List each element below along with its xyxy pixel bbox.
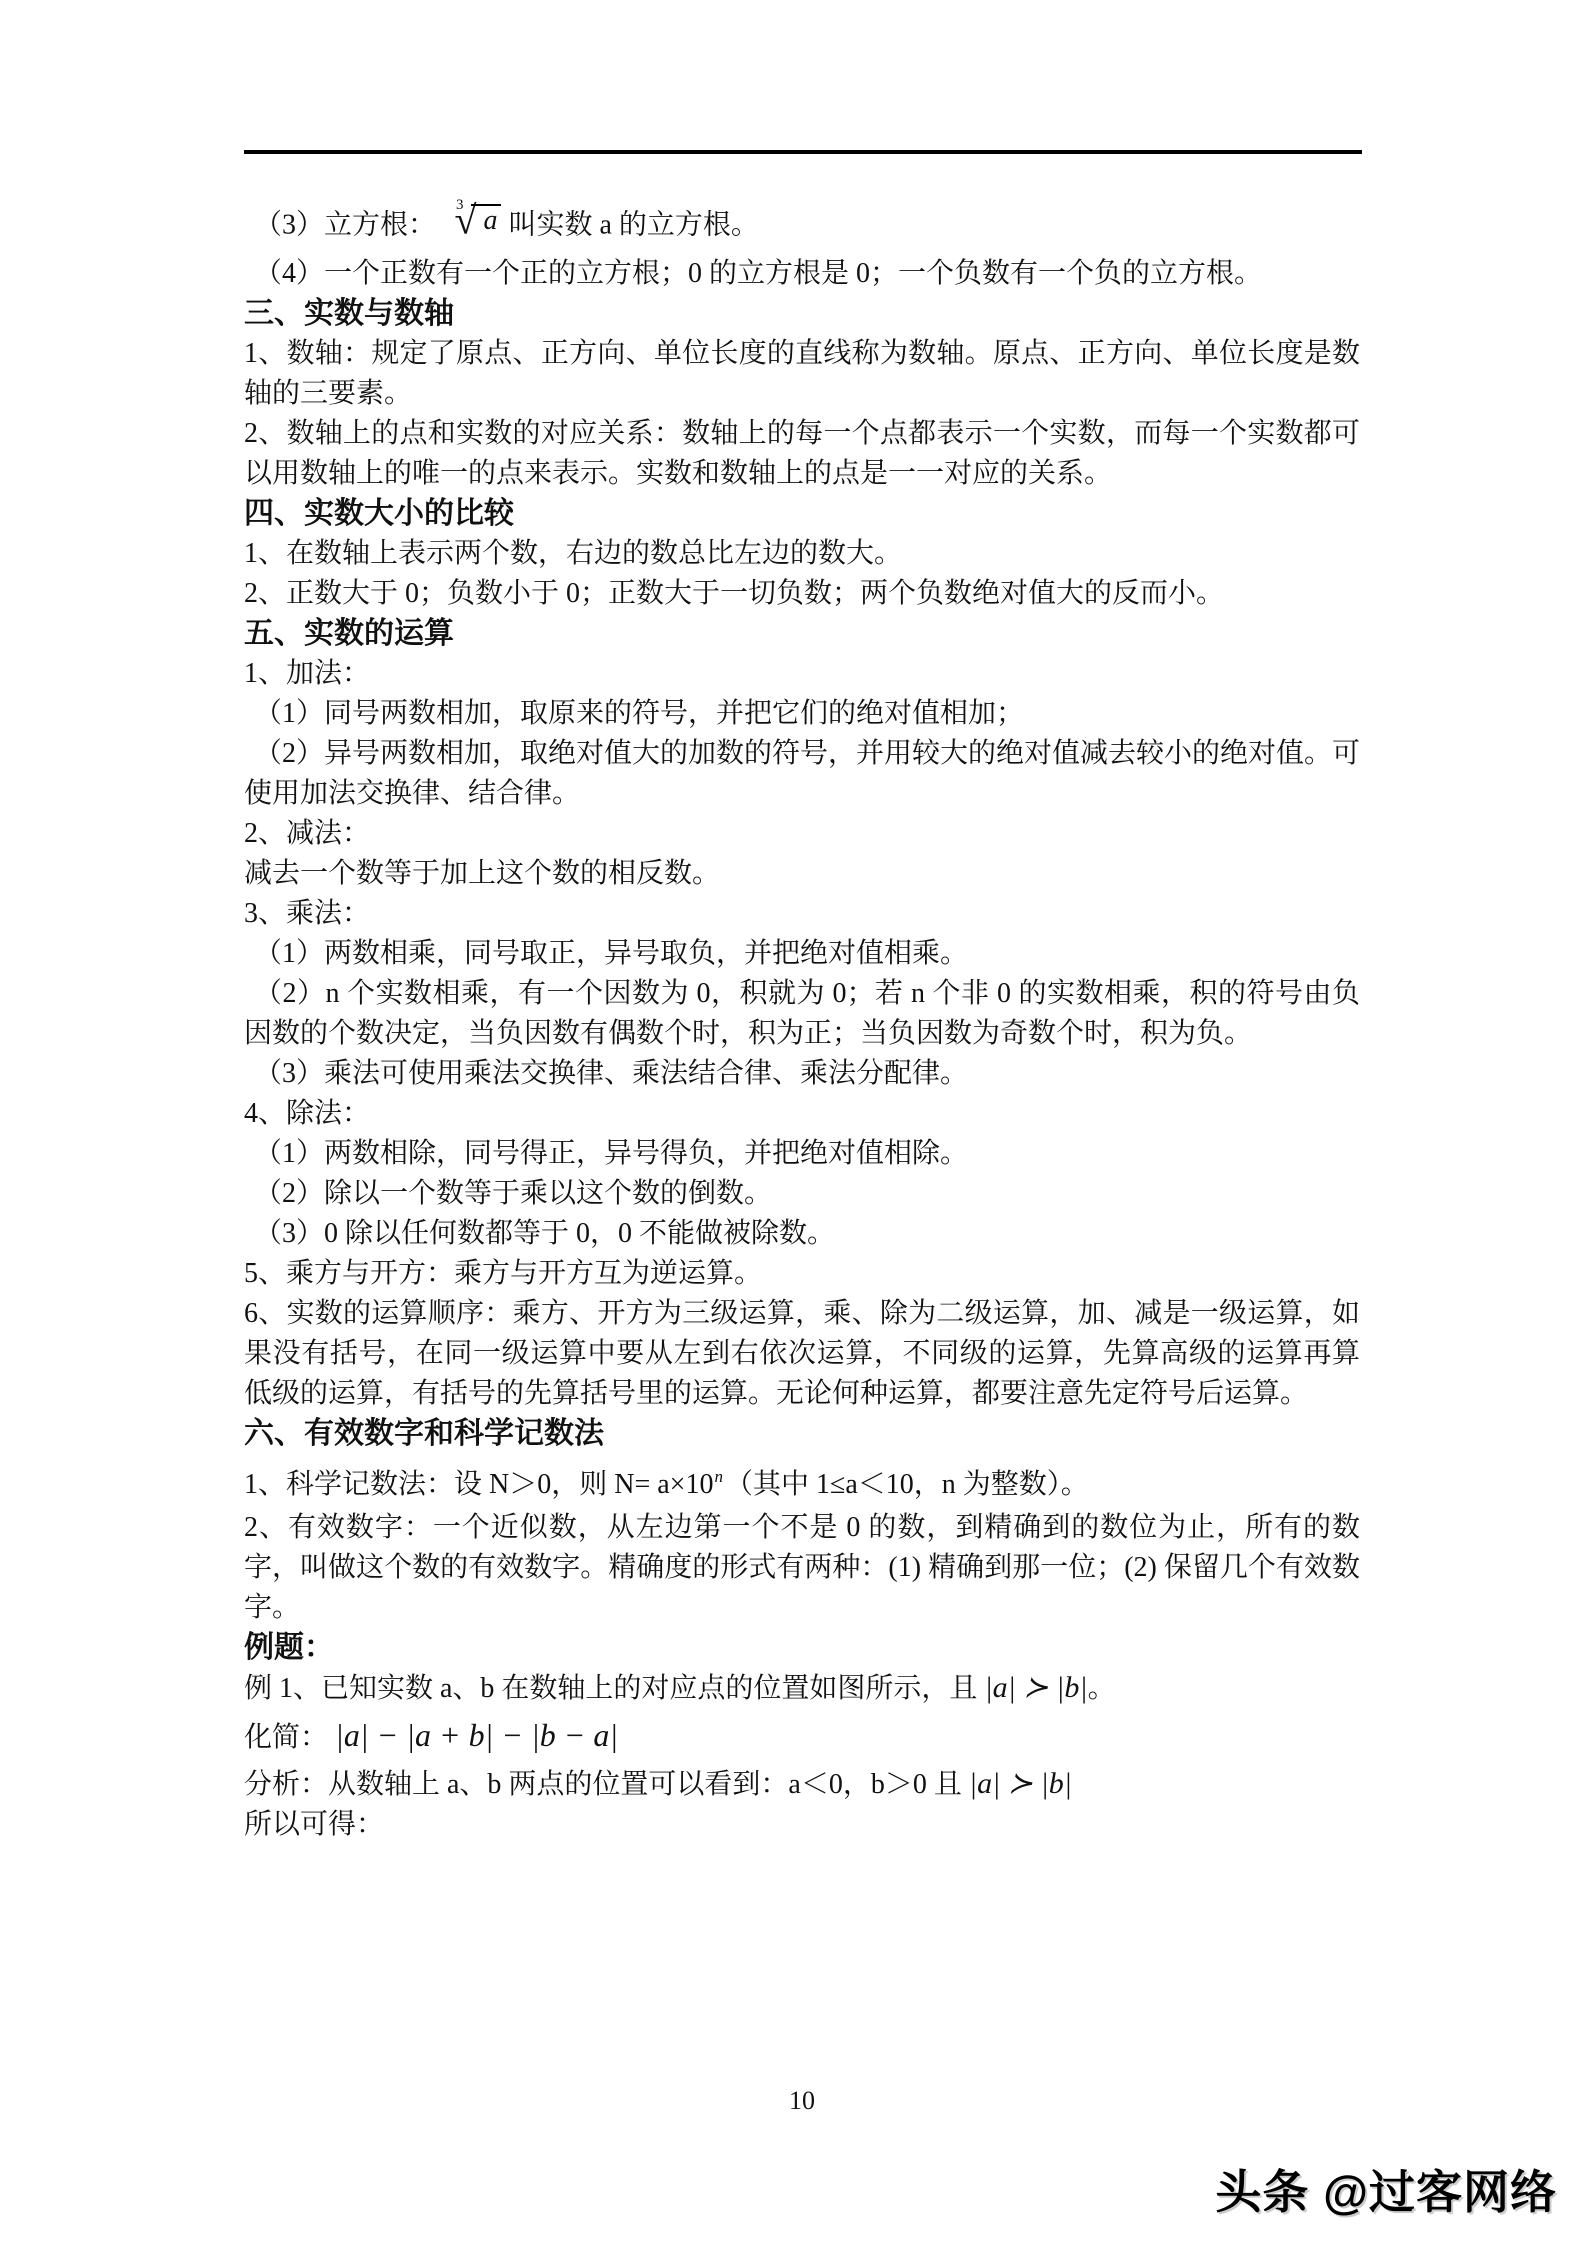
para-significant-digits: 2、有效数字：一个近似数，从左边第一个不是 0 的数，到精确到的数位为止，所有的… — [244, 1508, 1360, 1628]
analysis-inequality: |a| ≻ |b| — [969, 1767, 1072, 1800]
heading-section-6: 六、有效数字和科学记数法 — [244, 1414, 1360, 1454]
example-1-suffix: 。 — [1088, 1673, 1116, 1704]
para-conclusion: 所以可得： — [244, 1805, 1360, 1845]
para-division-title: 4、除法： — [244, 1094, 1360, 1134]
para-subtraction-title: 2、减法： — [244, 814, 1360, 854]
heading-section-3: 三、实数与数轴 — [244, 294, 1360, 334]
root-index: 3 — [446, 176, 464, 234]
heading-section-5: 五、实数的运算 — [244, 614, 1360, 654]
simplify-label: 化简： — [244, 1722, 328, 1753]
cube-root-def-suffix: 叫实数 a 的立方根。 — [501, 209, 758, 240]
example-1-prefix: 例 1、已知实数 a、b 在数轴上的对应点的位置如图所示，且 — [244, 1673, 977, 1704]
para-multiplication-rule-2: （2）n 个实数相乘，有一个因数为 0，积就为 0；若 n 个非 0 的实数相乘… — [244, 974, 1360, 1054]
para-addition-rule-2: （2）异号两数相加，取绝对值大的加数的符号，并用较大的绝对值减去较小的绝对值。可… — [244, 734, 1360, 814]
sci-notation-prefix: 1、科学记数法：设 N＞0，则 N= a×10 — [244, 1469, 713, 1500]
para-analysis: 分析：从数轴上 a、b 两点的位置可以看到：a＜0，b＞0 且 |a| ≻ |b… — [244, 1764, 1360, 1805]
cube-root-expression: 3√a — [436, 190, 501, 254]
para-division-rule-1: （1）两数相除，同号得正，异号得负，并把绝对值相除。 — [244, 1134, 1360, 1174]
para-multiplication-rule-3: （3）乘法可使用乘法交换律、乘法结合律、乘法分配律。 — [244, 1054, 1360, 1094]
simplify-expression: |a| − |a + b| − |b − a| — [335, 1717, 618, 1753]
cube-root-def-prefix: （3）立方根： — [254, 209, 436, 240]
header-rule — [244, 150, 1362, 154]
para-subtraction-rule: 减去一个数等于加上这个数的相反数。 — [244, 854, 1360, 894]
heading-examples: 例题： — [244, 1628, 1360, 1668]
page-number: 10 — [244, 2086, 1360, 2116]
para-axis-point-correspondence: 2、数轴上的点和实数的对应关系：数轴上的每一个点都表示一个实数，而每一个实数都可… — [244, 414, 1360, 494]
cube-root-radicand: a — [471, 204, 501, 236]
para-compare-rule-1: 1、在数轴上表示两个数，右边的数总比左边的数大。 — [244, 534, 1360, 574]
para-cube-root-property: （4）一个正数有一个正的立方根；0 的立方根是 0；一个负数有一个负的立方根。 — [244, 254, 1360, 294]
analysis-prefix: 分析：从数轴上 a、b 两点的位置可以看到：a＜0，b＞0 且 — [244, 1769, 962, 1800]
sci-notation-exponent: n — [714, 1467, 723, 1486]
para-power-root: 5、乘方与开方：乘方与开方互为逆运算。 — [244, 1254, 1360, 1294]
para-simplify-expression: 化简： |a| − |a + b| − |b − a| — [244, 1709, 1360, 1764]
para-multiplication-rule-1: （1）两数相乘，同号取正，异号取负，并把绝对值相乘。 — [244, 934, 1360, 974]
document-page: （3）立方根：3√a 叫实数 a 的立方根。 （4）一个正数有一个正的立方根；0… — [0, 0, 1587, 2245]
para-addition-rule-1: （1）同号两数相加，取原来的符号，并把它们的绝对值相加； — [244, 694, 1360, 734]
para-division-rule-3: （3）0 除以任何数都等于 0，0 不能做被除数。 — [244, 1214, 1360, 1254]
para-operation-order: 6、实数的运算顺序：乘方、开方为三级运算，乘、除为二级运算，加、减是一级运算，如… — [244, 1294, 1360, 1414]
para-number-axis-def: 1、数轴：规定了原点、正方向、单位长度的直线称为数轴。原点、正方向、单位长度是数… — [244, 334, 1360, 414]
watermark: 头条 @过客网络 — [1215, 2156, 1557, 2222]
para-scientific-notation: 1、科学记数法：设 N＞0，则 N= a×10n（其中 1≤a＜10，n 为整数… — [244, 1454, 1360, 1508]
para-addition-title: 1、加法： — [244, 654, 1360, 694]
example-1-inequality: |a| ≻ |b| — [984, 1671, 1087, 1704]
para-multiplication-title: 3、乘法： — [244, 894, 1360, 934]
document-body: （3）立方根：3√a 叫实数 a 的立方根。 （4）一个正数有一个正的立方根；0… — [244, 190, 1360, 1845]
sci-notation-suffix: （其中 1≤a＜10，n 为整数）。 — [725, 1469, 1089, 1500]
para-cube-root-definition: （3）立方根：3√a 叫实数 a 的立方根。 — [244, 190, 1360, 254]
heading-section-4: 四、实数大小的比较 — [244, 494, 1360, 534]
para-division-rule-2: （2）除以一个数等于乘以这个数的倒数。 — [244, 1174, 1360, 1214]
para-example-1: 例 1、已知实数 a、b 在数轴上的对应点的位置如图所示，且 |a| ≻ |b|… — [244, 1668, 1360, 1709]
para-compare-rule-2: 2、正数大于 0；负数小于 0；正数大于一切负数；两个负数绝对值大的反而小。 — [244, 574, 1360, 614]
